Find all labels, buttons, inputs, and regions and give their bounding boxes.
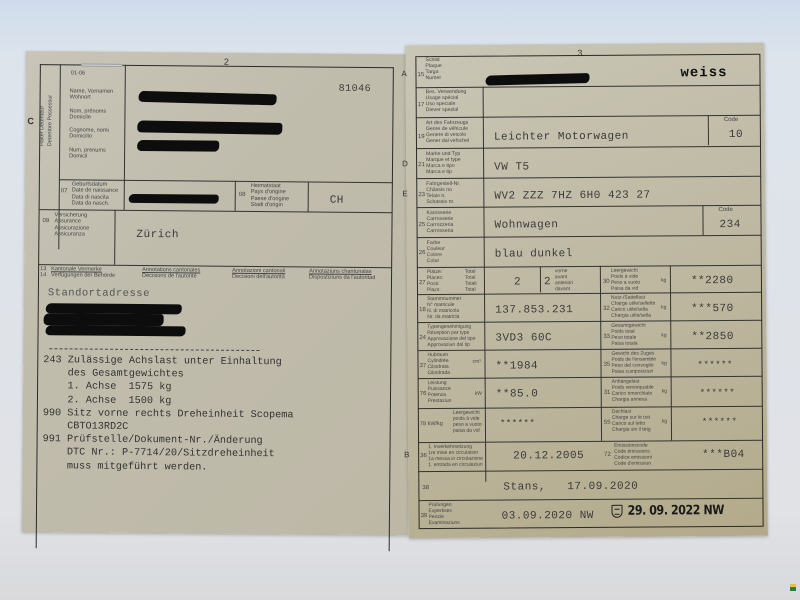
field-number: 21 (418, 162, 425, 168)
power-weight-value: ****** (500, 418, 535, 428)
type-approval-label: Typengenehmigung Réception par type Appr… (427, 324, 475, 348)
plate-color: weiss (680, 65, 727, 81)
towing-load-label: Anhängelast Poids remorquable Carico rim… (612, 379, 654, 403)
body-value: Wohnwagen (495, 219, 559, 231)
reference-number: 81046 (339, 84, 372, 95)
field-number: 37 (420, 363, 427, 369)
matriculation-label: Stammnummer N° matricule N. di matricola… (427, 296, 461, 320)
inspection-typed-value: 03.09.2020 NW (502, 510, 594, 523)
power-weight-label: 78 kW/kg (420, 421, 443, 427)
seats-front-value: 2 (544, 276, 551, 288)
field-number: 25 (419, 222, 426, 228)
remarks-header-fr: Annotations cantonales Décisions de l'au… (142, 267, 200, 280)
body-label: Karosserie Carrosserie Carrozzeria Carro… (426, 210, 453, 234)
displacement-value: **1984 (495, 360, 538, 372)
canton-shield-icon (611, 505, 622, 518)
unit-label: kg (661, 277, 666, 283)
section-d-label: D (402, 159, 408, 168)
emission-value: ***B04 (702, 449, 745, 461)
vehicle-type-value: Leichter Motorwagen (494, 131, 629, 144)
field-number: 33 (603, 334, 610, 340)
birthdate-label: Geburtsdatum Date de naissance Data di n… (72, 181, 119, 207)
field-number: 72 (604, 452, 611, 458)
field-number: 09 (42, 218, 49, 224)
field-number: 36 (420, 453, 427, 459)
redacted-city (137, 140, 219, 152)
body-code: 234 (720, 219, 741, 231)
clip-mark (81, 63, 123, 66)
unit-label: kW (475, 391, 482, 397)
color-label: Farbe Couleur Colore Colur (427, 240, 445, 264)
total-weight-value: **2850 (691, 331, 734, 343)
field-number: 18 (419, 307, 426, 313)
train-weight-label: Gewicht des Zuges Poids de l'ensemble Pe… (611, 351, 656, 375)
field-number: 07 (61, 188, 68, 194)
seats-total-label: Total Total Totali Total (465, 269, 477, 293)
origin-value: CH (330, 195, 344, 207)
name-label: Name, Vornamen Wohnort (70, 88, 114, 101)
field-number: 19 (418, 134, 425, 140)
payload-label: Nutz-/Sattellast Charge utile/sellette C… (611, 295, 655, 319)
seats-front-label: vorne avant anteriori davant (555, 268, 573, 292)
field-number: 17 (418, 102, 425, 108)
payload-value: ***570 (691, 303, 734, 315)
form-code: 01-06 (71, 70, 85, 77)
redacted-address (137, 120, 282, 135)
unit-label: kg (661, 360, 666, 366)
location-label: Standortadresse (48, 287, 150, 300)
roof-load-value: ****** (702, 417, 737, 427)
field-number: 35 (603, 362, 610, 368)
plate-label: Schild Plaque Targa Numer (425, 57, 441, 81)
displacement-label: Hubraum Cylindrée Cilindrata Cilindrada (427, 352, 450, 376)
field-number: 39 (421, 513, 428, 519)
name-label-rm: Num, prenums Domicil (69, 147, 106, 160)
field-number: 08 (239, 192, 246, 198)
section-c-label: C (27, 116, 34, 126)
place-date-value: Stans, 17.09.2020 (503, 481, 638, 494)
redacted-location-2 (44, 313, 164, 326)
divider (702, 205, 703, 235)
insurance-value: Zürich (136, 229, 179, 241)
make-model-value: VW T5 (494, 161, 530, 173)
field-number: 24 (419, 335, 426, 341)
remarks-text: 243 Zulässige Achslast unter Einhaltung … (42, 354, 294, 475)
code-label: Code (724, 117, 738, 124)
color-value: blau dunkel (495, 248, 573, 261)
section-e-label: E (402, 189, 407, 198)
section-b-label: B (404, 450, 409, 459)
code-label: Code (718, 207, 732, 214)
power-label: Leistung Puissance Potenza Prestaziun (428, 380, 452, 404)
redacted-location-3 (46, 325, 186, 336)
field-number: 32 (603, 306, 610, 312)
insurance-label: Versicherung Assurance Assicurazione Ass… (54, 212, 89, 238)
vehicle-type-label: Art des Fahrzeugs Genre de véhicule Gene… (426, 120, 469, 144)
chassis-value: WV2 ZZZ 7HZ 6H0 423 27 (494, 190, 650, 203)
roof-load-label: Dachlast Charge sur le toit Carico sul t… (612, 409, 651, 433)
make-model-label: Marke und Typ Marque et type Marca e tip… (426, 151, 461, 175)
field-number: 31 (604, 390, 611, 396)
holder-vertical-label: Halter Détenteur (39, 106, 46, 146)
section-a-label: A (401, 69, 406, 78)
field-number: 26 (419, 250, 426, 256)
seats-label: Plätze: Places: Posti: Plazs: (427, 269, 444, 293)
special-use-label: Bes. Verwendung Usage spécial Uso specia… (426, 89, 467, 113)
unit-label: kg (662, 388, 667, 394)
empty-weight-label: Leergewicht poids à vide peso a vuoto pa… (453, 410, 482, 434)
inspections-label: Prüfungen Expertises Perizie Examinaziun… (428, 502, 459, 526)
train-weight-value: ****** (697, 360, 732, 370)
first-registration-value: 20.12.2005 (513, 450, 584, 462)
field-number: 23 (418, 192, 425, 198)
corner-watermark-icon (790, 584, 796, 592)
vehicle-type-code: 10 (729, 129, 743, 141)
right-page: 3 A 15 Schild Plaque Targa Numer weiss 1… (405, 43, 767, 538)
remarks-header-de: Kantonale Vermerke Verfügungen der Behör… (51, 266, 115, 279)
total-weight-label: Gesamtgewicht Poids total Peso totale Pa… (611, 323, 646, 347)
first-registration-label: 1. Inverkehrsetzung 1re mise en circulat… (428, 444, 483, 468)
field-number: 30 (603, 279, 610, 285)
left-page: 2 C Halter Détenteur Detentore Possessur… (22, 51, 412, 535)
unit-label: kg (662, 418, 667, 424)
divider (708, 115, 709, 145)
document-photo: 2 C Halter Détenteur Detentore Possessur… (0, 0, 800, 600)
field-number: 55 (604, 420, 611, 426)
type-approval-value: 3VD3 60C (495, 332, 552, 344)
matriculation-value: 137.853.231 (495, 304, 573, 317)
inspection-stamp-value: 29. 09. 2022 NW (627, 503, 724, 519)
holder-vertical-label-2: Detentore Possessur (47, 95, 54, 146)
remarks-header-rm: Annotaziuns chantunalas Dispostiziuns da… (309, 268, 375, 281)
name-label-fr: Nom, prénoms Domicile (69, 108, 106, 121)
unit-label: kg (661, 332, 666, 338)
origin-label: Heimatstaat Pays d'origine Paese d'origi… (251, 183, 290, 209)
unit-label: cm³ (472, 359, 480, 365)
unit-label: kg (661, 304, 666, 310)
power-value: **85.0 (496, 388, 539, 400)
field-number: 27 (419, 280, 426, 286)
divider (540, 266, 541, 292)
remarks-numbers: 13 14 (40, 266, 46, 279)
field-number: 38 (422, 485, 429, 491)
emission-label: Emissionscode Code émissions Codice emis… (614, 443, 652, 467)
empty-weight-value: **2280 (691, 275, 734, 287)
chassis-label: Fahrgestell-Nr. Châssis no Telaio n. Sch… (426, 181, 460, 205)
remarks-header-it: Annotazioni cantonali Decisioni dell'aut… (232, 268, 285, 281)
field-number: 15 (417, 72, 424, 78)
name-label-it: Cognome, nomi Domicilio (69, 127, 109, 140)
redacted-birthdate (129, 194, 219, 204)
empty-weight-kg-label: Leergewicht Poids à vide Peso a vuoto Pa… (611, 268, 640, 292)
seats-total-value: 2 (514, 276, 521, 288)
field-number: 76 (420, 391, 427, 397)
towing-load-value: ****** (700, 388, 735, 398)
